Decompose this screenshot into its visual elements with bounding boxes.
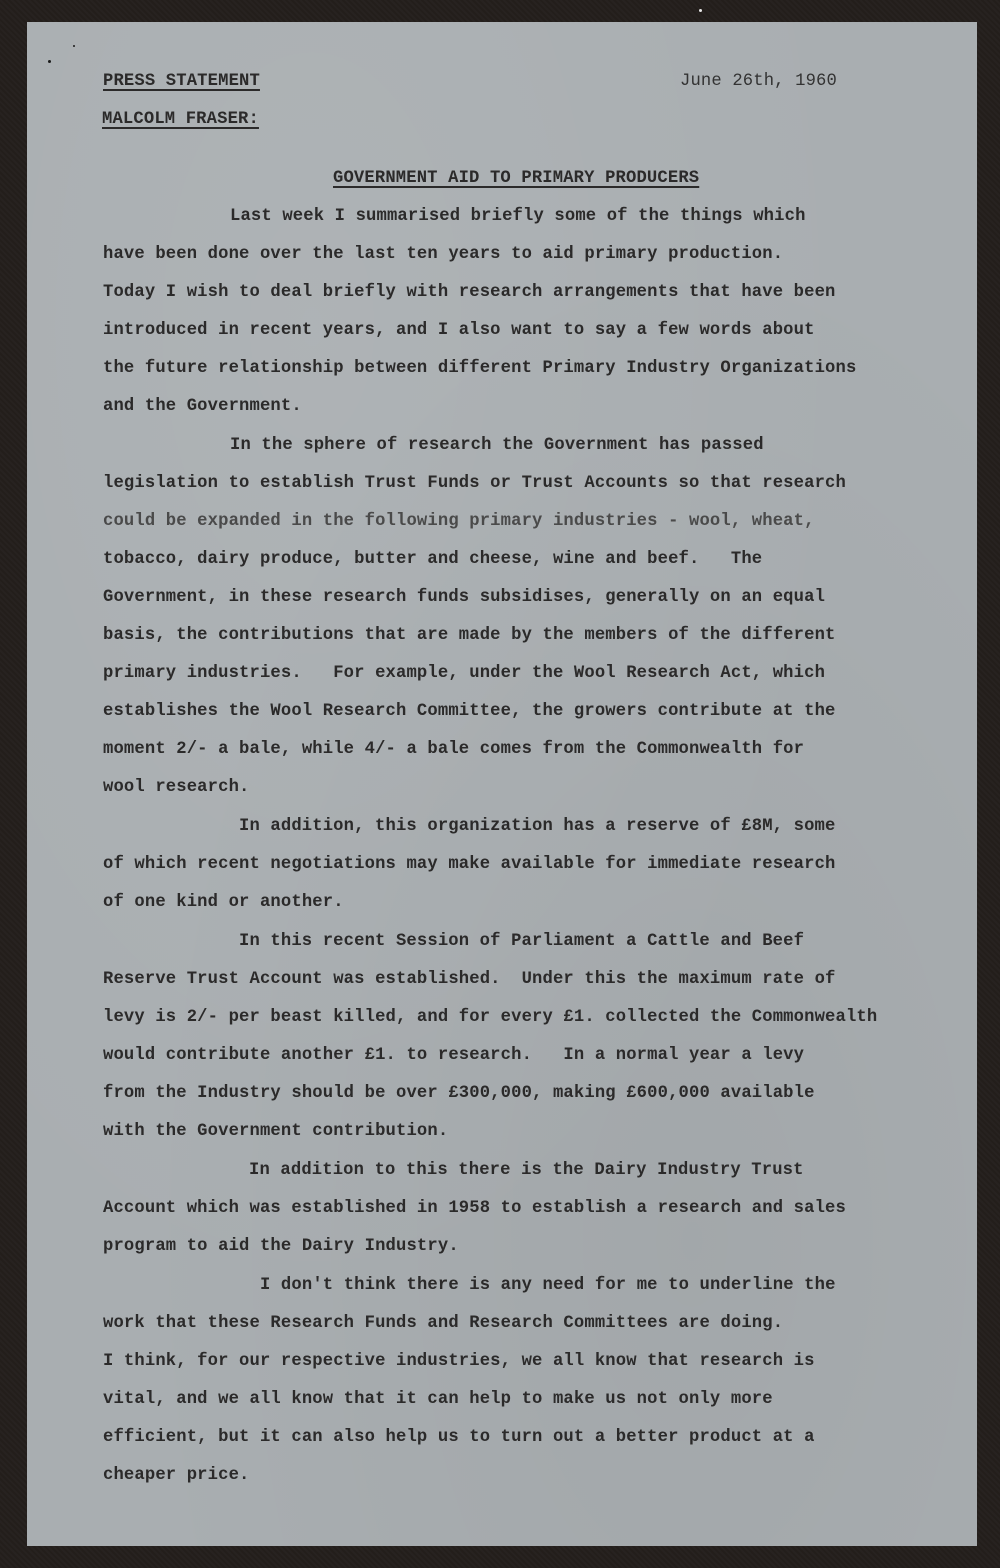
text-line: cheaper price. — [103, 1466, 250, 1486]
text-line: wool research. — [103, 778, 250, 798]
text-line: work that these Research Funds and Resea… — [103, 1314, 783, 1334]
text-line: program to aid the Dairy Industry. — [103, 1237, 459, 1257]
text-line: Account which was established in 1958 to… — [103, 1199, 846, 1219]
text-line: of one kind or another. — [103, 893, 344, 913]
text-line: In the sphere of research the Government… — [230, 436, 764, 456]
text-line: establishes the Wool Research Committee,… — [103, 702, 836, 722]
text-line: In addition to this there is the Dairy I… — [249, 1161, 804, 1181]
text-line: of which recent negotiations may make av… — [103, 855, 836, 875]
press-statement-label: PRESS STATEMENT — [103, 72, 260, 92]
text-line: from the Industry should be over £300,00… — [103, 1084, 815, 1104]
ink-speck — [73, 45, 75, 47]
text-line: the future relationship between differen… — [103, 359, 856, 379]
text-line: efficient, but it can also help us to tu… — [103, 1428, 815, 1448]
text-line: vital, and we all know that it can help … — [103, 1390, 773, 1410]
text-line: and the Government. — [103, 397, 302, 417]
ink-speck — [48, 60, 51, 63]
text-line: with the Government contribution. — [103, 1122, 448, 1142]
document-title: GOVERNMENT AID TO PRIMARY PRODUCERS — [333, 169, 699, 189]
text-line: Today I wish to deal briefly with resear… — [103, 283, 836, 303]
text-line: could be expanded in the following prima… — [103, 512, 815, 532]
text-line: Last week I summarised briefly some of t… — [230, 207, 806, 227]
text-line: Government, in these research funds subs… — [103, 588, 825, 608]
text-line: have been done over the last ten years t… — [103, 245, 783, 265]
text-line: levy is 2/- per beast killed, and for ev… — [103, 1008, 877, 1028]
dust-speck — [699, 9, 702, 12]
statement-date: June 26th, 1960 — [680, 72, 837, 92]
text-line: In addition, this organization has a res… — [239, 817, 835, 837]
text-line: tobacco, dairy produce, butter and chees… — [103, 550, 762, 570]
text-line: I think, for our respective industries, … — [103, 1352, 815, 1372]
text-line: introduced in recent years, and I also w… — [103, 321, 815, 341]
document-page: PRESS STATEMENT June 26th, 1960 MALCOLM … — [27, 22, 977, 1546]
text-line: primary industries. For example, under t… — [103, 664, 825, 684]
text-line: I don't think there is any need for me t… — [260, 1276, 836, 1296]
text-line: In this recent Session of Parliament a C… — [239, 932, 804, 952]
text-line: legislation to establish Trust Funds or … — [103, 474, 846, 494]
text-line: would contribute another £1. to research… — [103, 1046, 804, 1066]
speaker-name: MALCOLM FRASER: — [102, 110, 259, 130]
text-line: basis, the contributions that are made b… — [103, 626, 836, 646]
text-line: moment 2/- a bale, while 4/- a bale come… — [103, 740, 804, 760]
text-line: Reserve Trust Account was established. U… — [103, 970, 836, 990]
